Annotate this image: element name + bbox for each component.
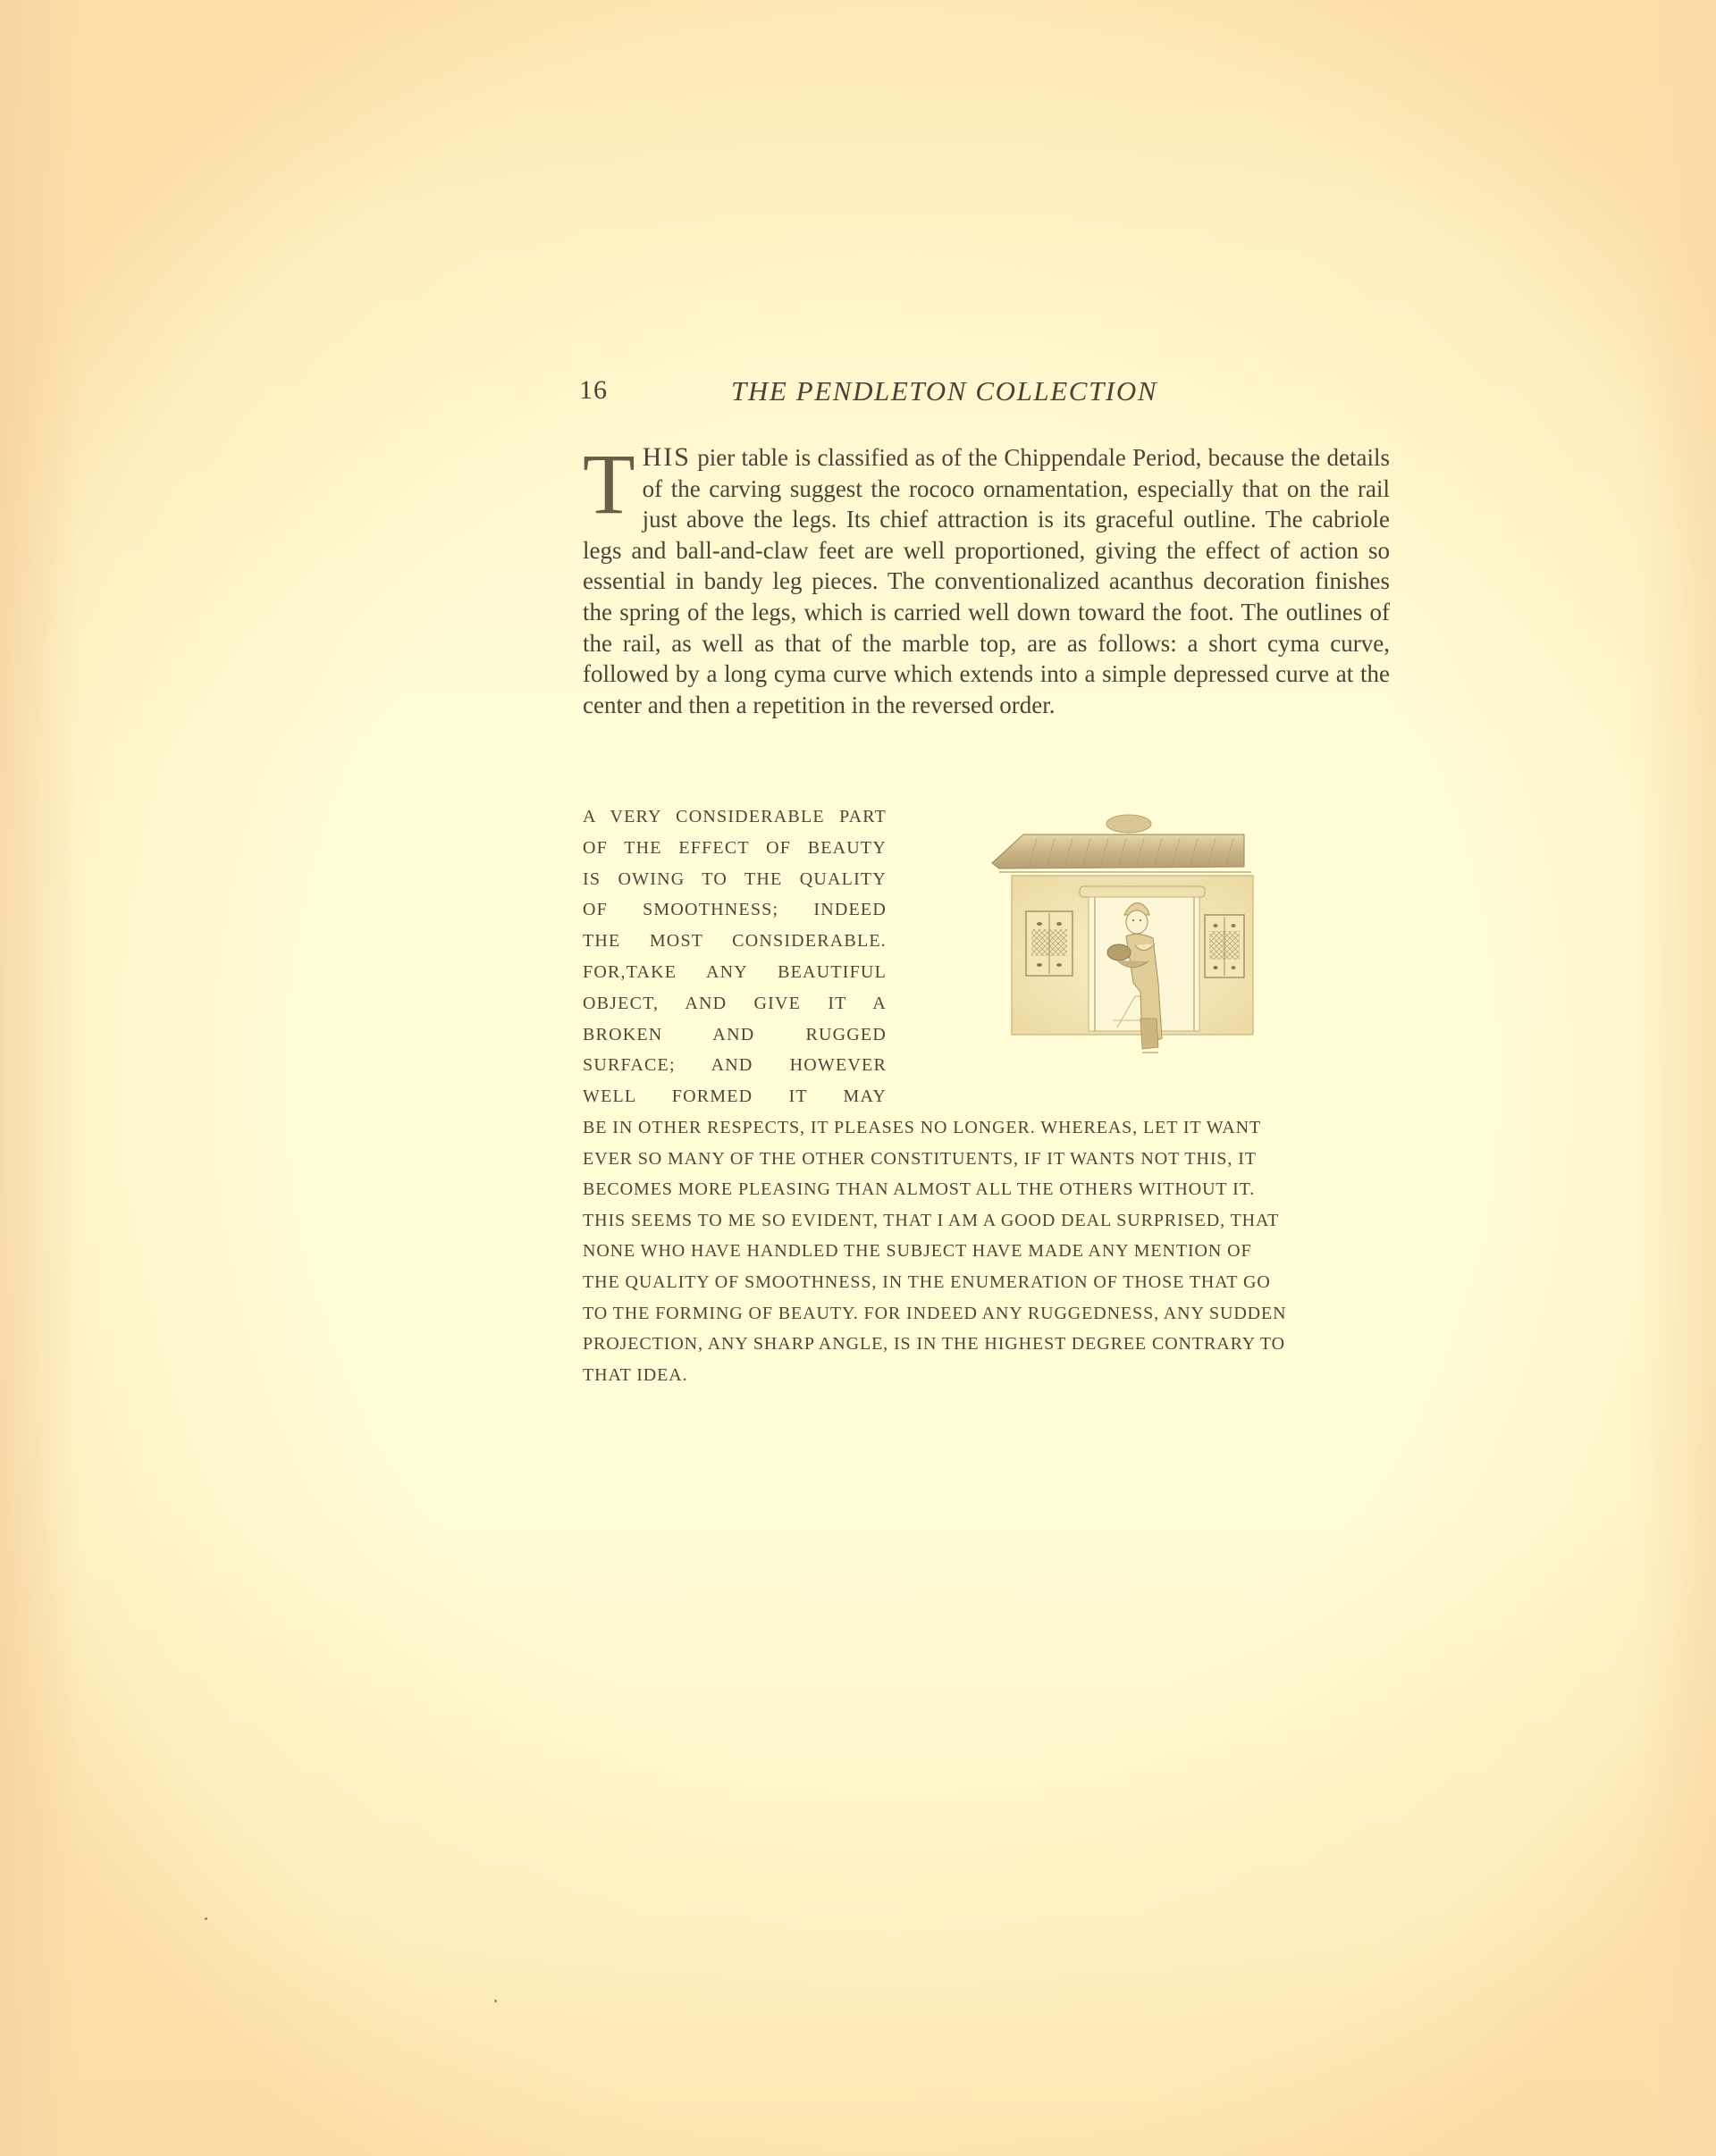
quote-line: OF THE EFFECT OF BEAUTY [583,833,887,864]
quote-line: PROJECTION, ANY SHARP ANGLE, IS IN THE H… [583,1329,1387,1360]
quote-line: THE MOST CONSIDERABLE. [583,926,887,957]
body-paragraph: THIS pier table is classified as of the … [583,442,1390,720]
quote-line: NONE WHO HAVE HANDLED THE SUBJECT HAVE M… [583,1236,1387,1267]
quote-line: IS OWING TO THE QUALITY [583,864,887,895]
quote-line: THAT IDEA. [583,1360,1387,1391]
quote-line: EVER SO MANY OF THE OTHER CONSTITUENTS, … [583,1144,1387,1175]
quote-line: A VERY CONSIDERABLE PART [583,801,887,833]
quote-line: SURFACE; AND HOWEVER [583,1050,887,1081]
quote-line: OF SMOOTHNESS; INDEED [583,894,887,926]
lead-word: HIS [643,442,691,472]
quote-line: BECOMES MORE PLEASING THAN ALMOST ALL TH… [583,1174,1387,1205]
chinoiserie-house-illustration [983,804,1260,1063]
quote-line: THE QUALITY OF SMOOTHNESS, IN THE ENUMER… [583,1267,1387,1298]
quote-line: OBJECT, AND GIVE IT A [583,988,887,1019]
quote-narrow-column: A VERY CONSIDERABLE PART OF THE EFFECT O… [583,801,887,1112]
body-text: pier table is classified as of the Chipp… [583,444,1390,718]
paper-speck [494,2000,497,2002]
paper-edge-shadow-right [1636,0,1716,2156]
running-head: 16 THE PENDLETON COLLECTION [579,375,1241,411]
quote-full-width: BE IN OTHER RESPECTS, IT PLEASES NO LONG… [583,1112,1387,1390]
paper-speck [205,1917,207,1920]
quote-line: BE IN OTHER RESPECTS, IT PLEASES NO LONG… [583,1112,1387,1144]
paper-edge-shadow-left [0,0,80,2156]
quote-line: THIS SEEMS TO ME SO EVIDENT, THAT I AM A… [583,1205,1387,1237]
quote-line: TO THE FORMING OF BEAUTY. FOR INDEED ANY… [583,1298,1387,1330]
house-drawing-icon [983,804,1260,1063]
drop-cap: T [583,453,635,517]
running-title: THE PENDLETON COLLECTION [731,375,1157,407]
page-number: 16 [579,375,608,406]
quote-line: BROKEN AND RUGGED [583,1019,887,1051]
quote-line: FOR,TAKE ANY BEAUTIFUL [583,957,887,988]
quote-line: WELL FORMED IT MAY [583,1081,887,1112]
